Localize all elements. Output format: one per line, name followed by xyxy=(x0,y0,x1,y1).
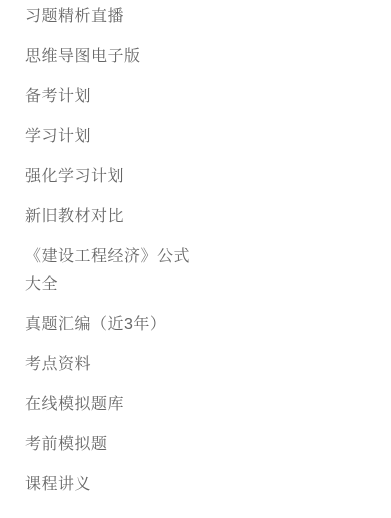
list-item-lecture-notes[interactable]: 课程讲义 xyxy=(25,471,195,499)
list-item-prep-plan[interactable]: 备考计划 xyxy=(25,83,195,111)
list-item-mindmap-ebook[interactable]: 思维导图电子版 xyxy=(25,43,195,71)
list-item-textbook-comparison[interactable]: 新旧教材对比 xyxy=(25,203,195,231)
list-item-past-papers[interactable]: 真题汇编（近3年） xyxy=(25,311,195,339)
list-item-exercise-live[interactable]: 习题精析直播 xyxy=(25,3,195,31)
list-item-study-plan[interactable]: 学习计划 xyxy=(25,123,195,151)
list-item-mock-exam[interactable]: 考前模拟题 xyxy=(25,431,195,459)
list-item-formula-collection[interactable]: 《建设工程经济》公式 大全 xyxy=(25,243,195,299)
course-materials-list: 习题精析直播 思维导图电子版 备考计划 学习计划 强化学习计划 新旧教材对比 《… xyxy=(0,0,391,499)
list-item-online-question-bank[interactable]: 在线模拟题库 xyxy=(25,391,195,419)
list-item-key-points[interactable]: 考点资料 xyxy=(25,351,195,379)
list-item-intensive-study-plan[interactable]: 强化学习计划 xyxy=(25,163,195,191)
